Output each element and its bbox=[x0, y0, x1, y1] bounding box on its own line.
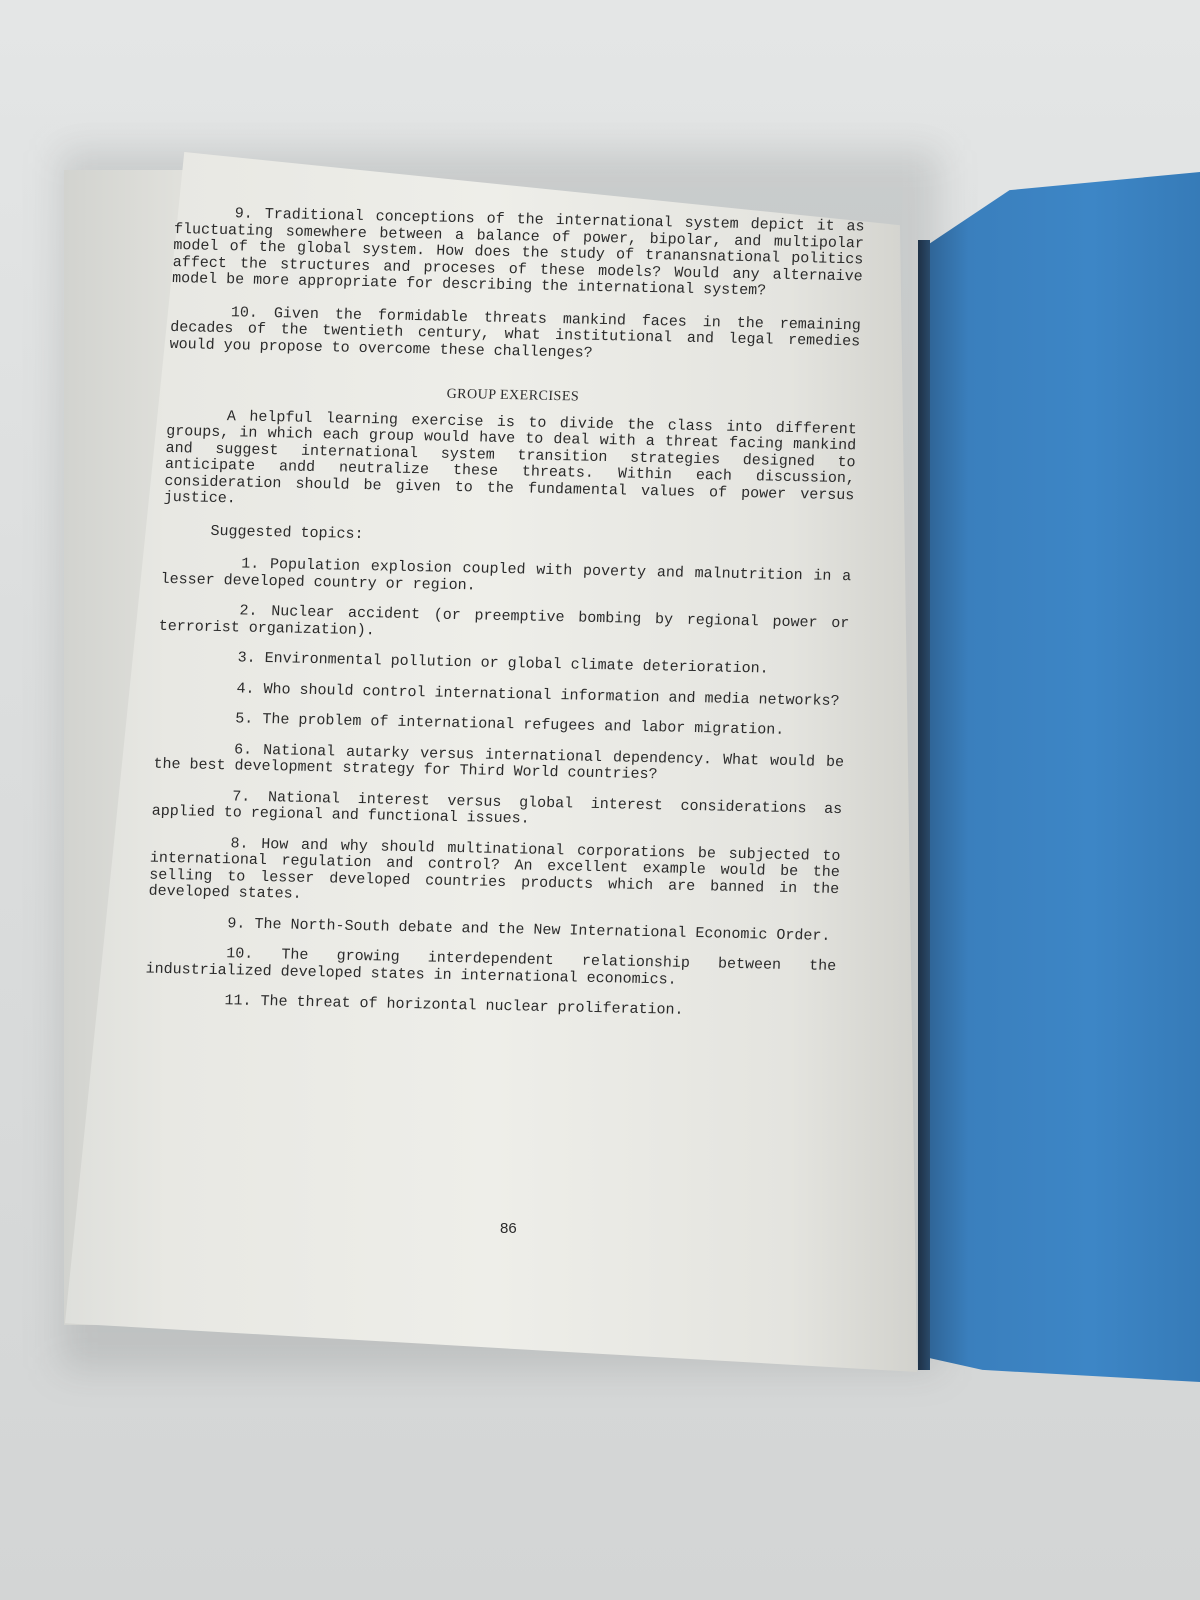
tabletop-background: 9. Traditional conceptions of the intern… bbox=[0, 0, 1200, 1600]
page-number: 86 bbox=[500, 1220, 517, 1237]
topic-text: How and why should multinational corpora… bbox=[148, 835, 840, 902]
topic-number: 7. bbox=[232, 788, 251, 805]
topic-item: 7. National interest versus global inter… bbox=[151, 787, 842, 834]
topic-item: 10. The growing interdependent relations… bbox=[145, 945, 836, 992]
topic-text: National interest versus global interest… bbox=[151, 789, 842, 828]
topic-item: 6. National autarky versus international… bbox=[153, 740, 844, 787]
question-10: 10. Given the formidable threats mankind… bbox=[169, 303, 861, 367]
topic-item: 8. How and why should multinational corp… bbox=[148, 834, 840, 914]
topic-number: 4. bbox=[236, 680, 255, 697]
topic-text: Nuclear accident (or preemptive bombing … bbox=[159, 603, 850, 639]
question-9: 9. Traditional conceptions of the intern… bbox=[172, 205, 865, 302]
question-text: Given the formidable threats mankind fac… bbox=[169, 305, 861, 362]
question-text: Traditional conceptions of the internati… bbox=[172, 206, 865, 300]
topic-item: 9. The North-South debate and the New In… bbox=[147, 914, 837, 945]
topic-item: 5. The problem of international refugees… bbox=[155, 710, 845, 741]
topic-number: 10. bbox=[226, 945, 254, 963]
topic-number: 5. bbox=[235, 710, 254, 727]
topic-item: 4. Who should control international info… bbox=[156, 679, 846, 710]
topic-text: Environmental pollution or global climat… bbox=[264, 650, 769, 678]
topic-text: Who should control international informa… bbox=[263, 680, 840, 709]
question-number: 10. bbox=[231, 304, 259, 322]
topic-number: 2. bbox=[239, 602, 258, 619]
topic-text: National autarky versus international de… bbox=[153, 741, 844, 783]
topic-number: 1. bbox=[241, 555, 260, 572]
group-exercises-intro: A helpful learning exercise is to divide… bbox=[163, 407, 857, 520]
topic-text: The problem of international refugees an… bbox=[262, 711, 785, 739]
book-spine bbox=[918, 240, 930, 1370]
topic-number: 3. bbox=[237, 649, 256, 666]
section-heading: GROUP EXERCISES bbox=[168, 381, 858, 412]
topic-item: 11. The threat of horizontal nuclear pro… bbox=[144, 992, 834, 1023]
page-text: 9. Traditional conceptions of the intern… bbox=[144, 205, 865, 1036]
topic-number: 8. bbox=[230, 835, 249, 852]
topic-text: The threat of horizontal nuclear prolife… bbox=[260, 993, 684, 1019]
question-number: 9. bbox=[234, 205, 253, 222]
topic-text: Population explosion coupled with povert… bbox=[160, 556, 851, 594]
blue-back-cover bbox=[928, 172, 1200, 1382]
topic-item: 2. Nuclear accident (or preemptive bombi… bbox=[158, 602, 849, 649]
topics-list: 1. Population explosion coupled with pov… bbox=[144, 555, 851, 1023]
suggested-topics-label: Suggested topics: bbox=[210, 523, 852, 553]
topic-item: 1. Population explosion coupled with pov… bbox=[160, 555, 851, 602]
topic-number: 11. bbox=[224, 992, 252, 1010]
topic-item: 3. Environmental pollution or global cli… bbox=[157, 649, 847, 680]
topic-number: 9. bbox=[227, 915, 246, 932]
topic-text: The North-South debate and the New Inter… bbox=[254, 915, 831, 944]
topic-number: 6. bbox=[234, 741, 253, 758]
